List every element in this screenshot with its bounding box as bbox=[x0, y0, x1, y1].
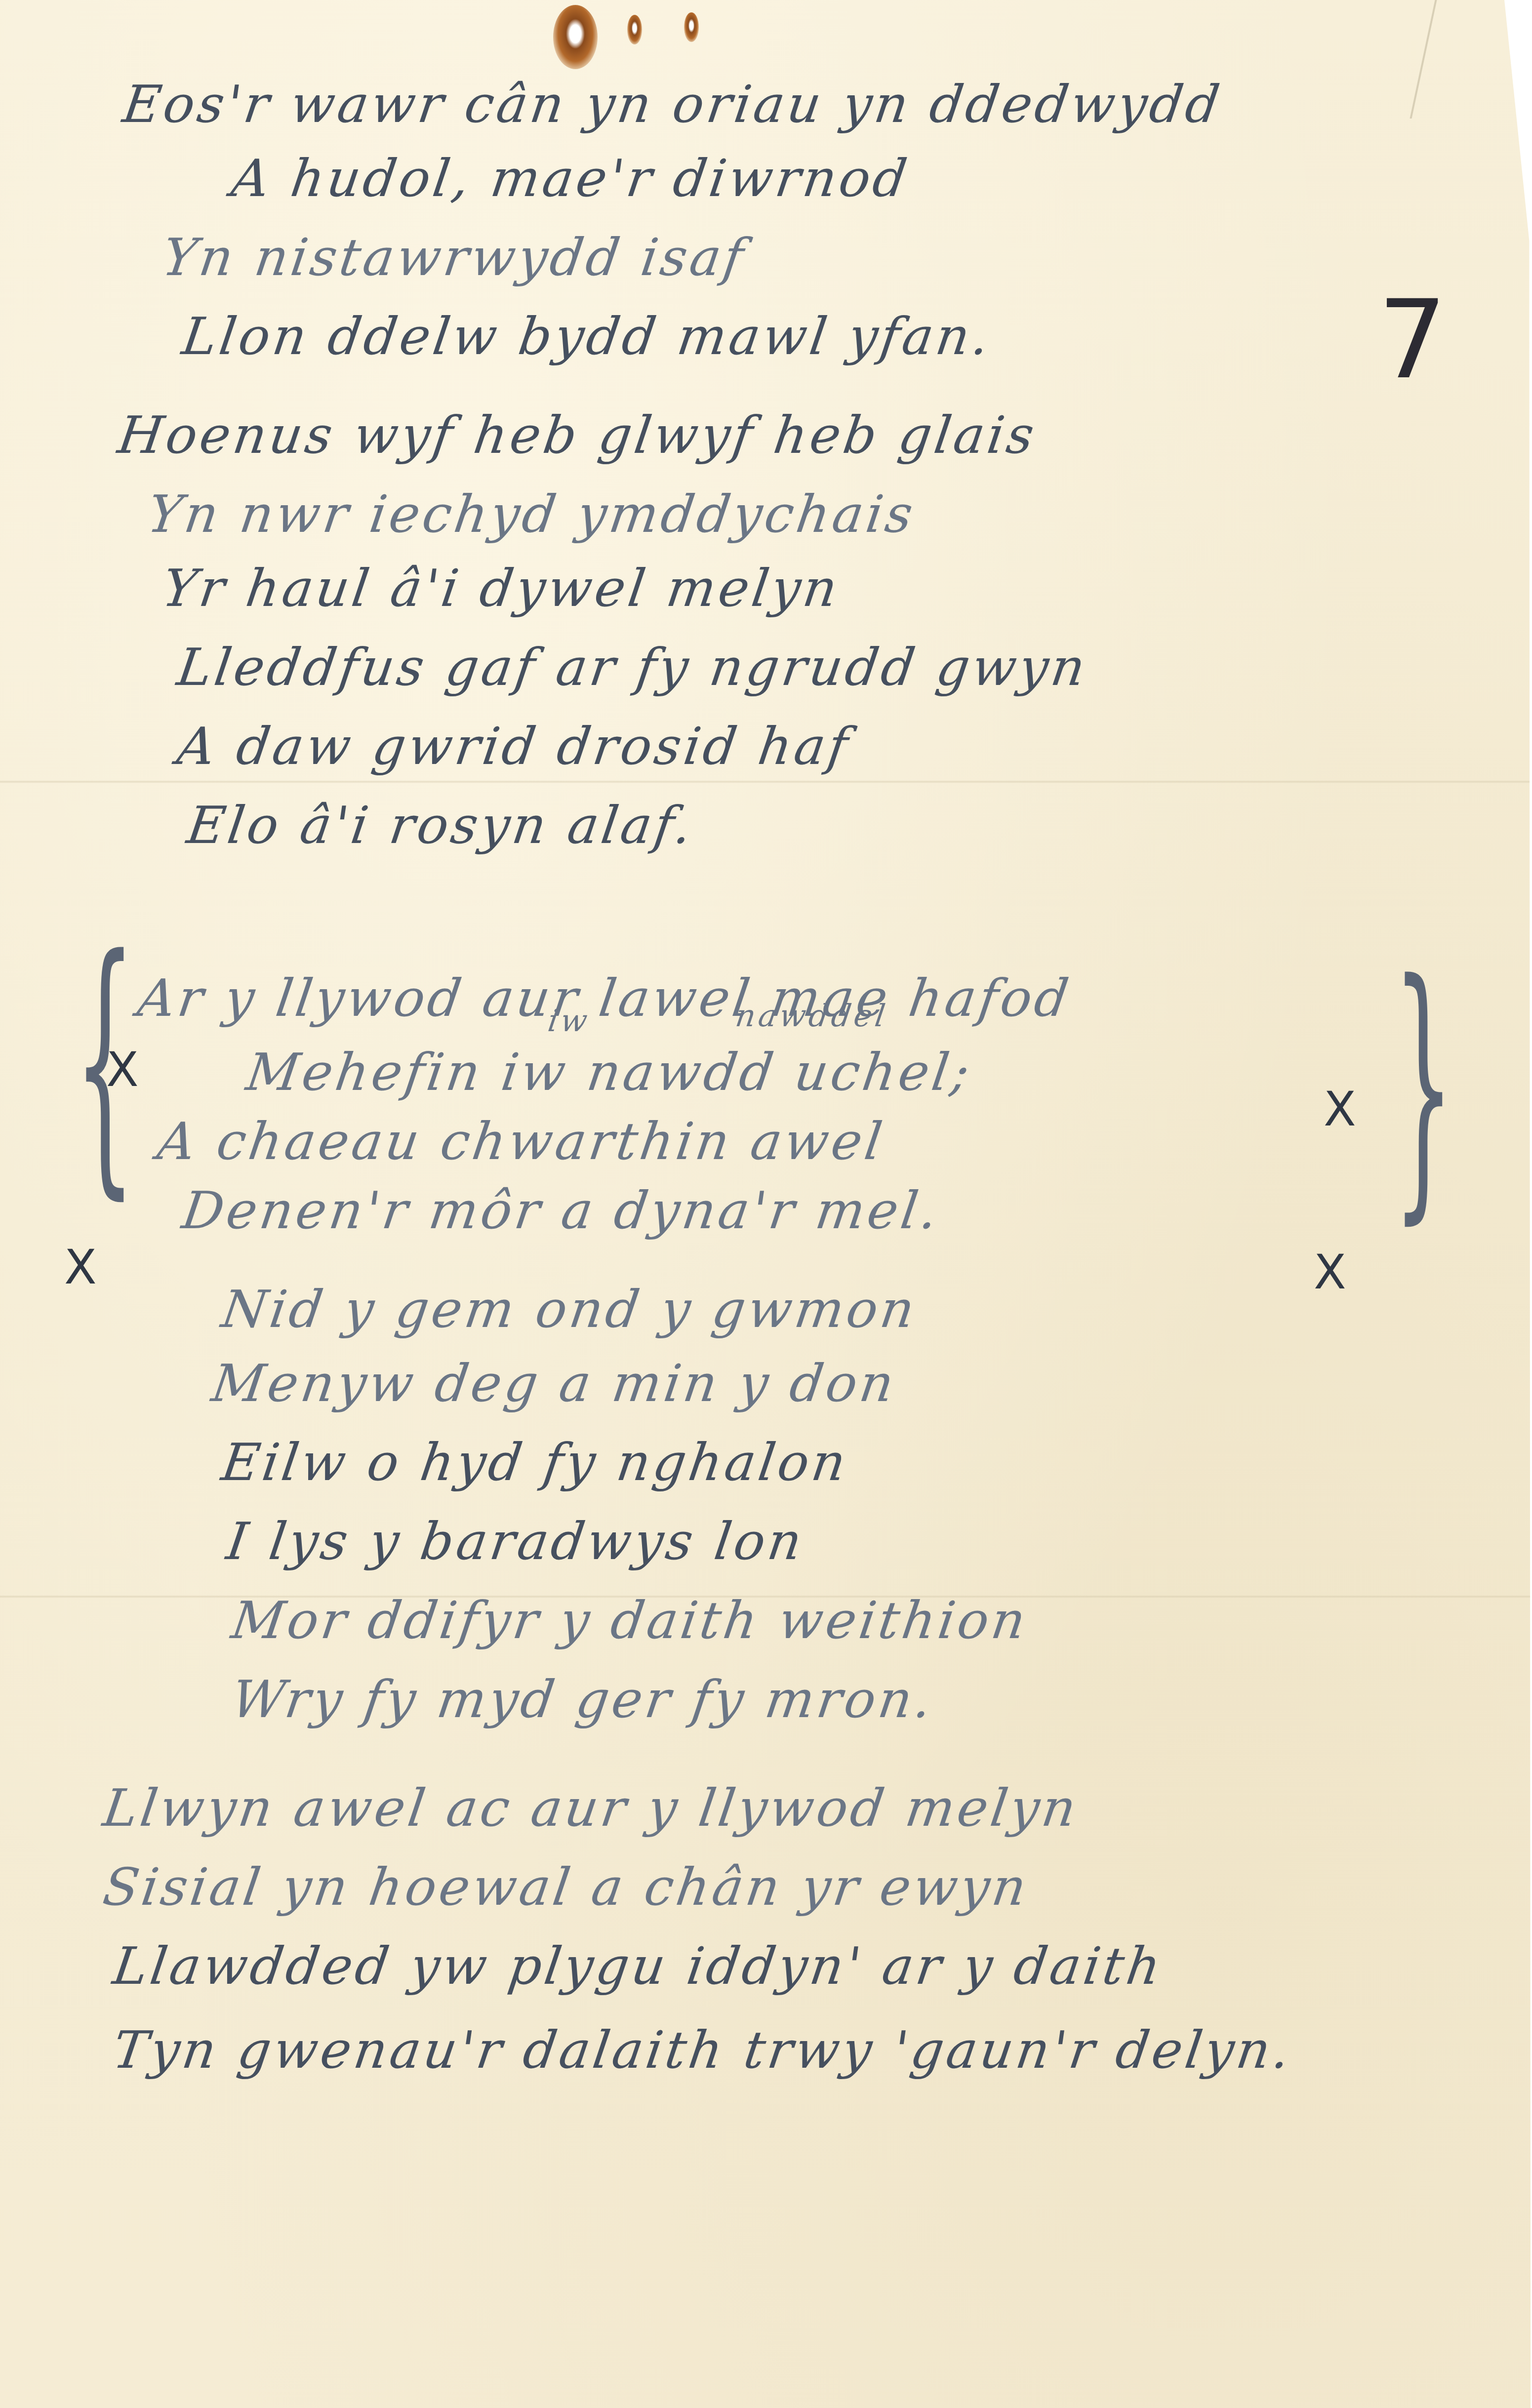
poem-line: Denen'r môr a dyna'r mel. bbox=[178, 1180, 944, 1241]
poem-line: Yn nwr iechyd ymddychais bbox=[144, 484, 919, 544]
poem-line: Eilw o hyd fy nghalon bbox=[218, 1432, 852, 1492]
poem-line: Ar y llywod aur lawel mae hafod bbox=[134, 968, 1075, 1028]
poem-line: Mor ddifyr y daith weithion bbox=[228, 1590, 1032, 1650]
poem-line: Llon ddelw bydd mawl yfan. bbox=[178, 306, 996, 366]
poem-line: Eos'r wawr cân yn oriau yn ddedwydd bbox=[119, 74, 1226, 134]
poem-line: Sisial yn hoewal a chân yr ewyn bbox=[99, 1857, 1033, 1917]
poem-line: Menyw deg a min y don bbox=[208, 1353, 900, 1413]
poem-line: Yr haul â'i dywel melyn bbox=[159, 558, 844, 618]
poem-line: Wry fy myd ger fy mron. bbox=[228, 1669, 938, 1729]
poem-line: Llawdded yw plygu iddyn' ar y daith bbox=[109, 1936, 1167, 1996]
margin-x-mark: X bbox=[1324, 1082, 1356, 1137]
margin-x-mark: X bbox=[1314, 1244, 1346, 1300]
right-brace: } bbox=[1393, 948, 1454, 1225]
poem-line: Llwyn awel ac aur y llywod melyn bbox=[99, 1778, 1083, 1838]
poem-line: Mehefin iw nawdd uchel; bbox=[242, 1042, 976, 1102]
poem-line: A hudol, mae'r diwrnod bbox=[228, 148, 913, 208]
poem-line: Yn nistawrwydd isaf bbox=[159, 227, 750, 287]
poem-line: I lys y baradwys lon bbox=[223, 1511, 808, 1571]
interlinear-insertion: nawddel bbox=[733, 998, 890, 1034]
margin-x-mark: X bbox=[64, 1240, 97, 1295]
interlinear-insertion: iw bbox=[546, 1003, 593, 1039]
poem-line: A daw gwrid drosid haf bbox=[173, 716, 854, 776]
poem-text: Eos'r wawr cân yn oriau yn ddedwydd A hu… bbox=[0, 0, 1532, 2408]
margin-x-mark: X bbox=[106, 1042, 139, 1097]
poem-line: Elo â'i rosyn alaf. bbox=[183, 795, 698, 855]
poem-line: Lleddfus gaf ar fy ngrudd gwyn bbox=[173, 637, 1091, 697]
poem-line: A chaeau chwarthin awel bbox=[154, 1111, 888, 1171]
poem-line: Hoenus wyf heb glwyf heb glais bbox=[114, 405, 1041, 465]
poem-line: Nid y gem ond y gwmon bbox=[218, 1279, 921, 1339]
poem-line: Tyn gwenau'r dalaith trwy 'gaun'r delyn. bbox=[109, 2020, 1296, 2080]
